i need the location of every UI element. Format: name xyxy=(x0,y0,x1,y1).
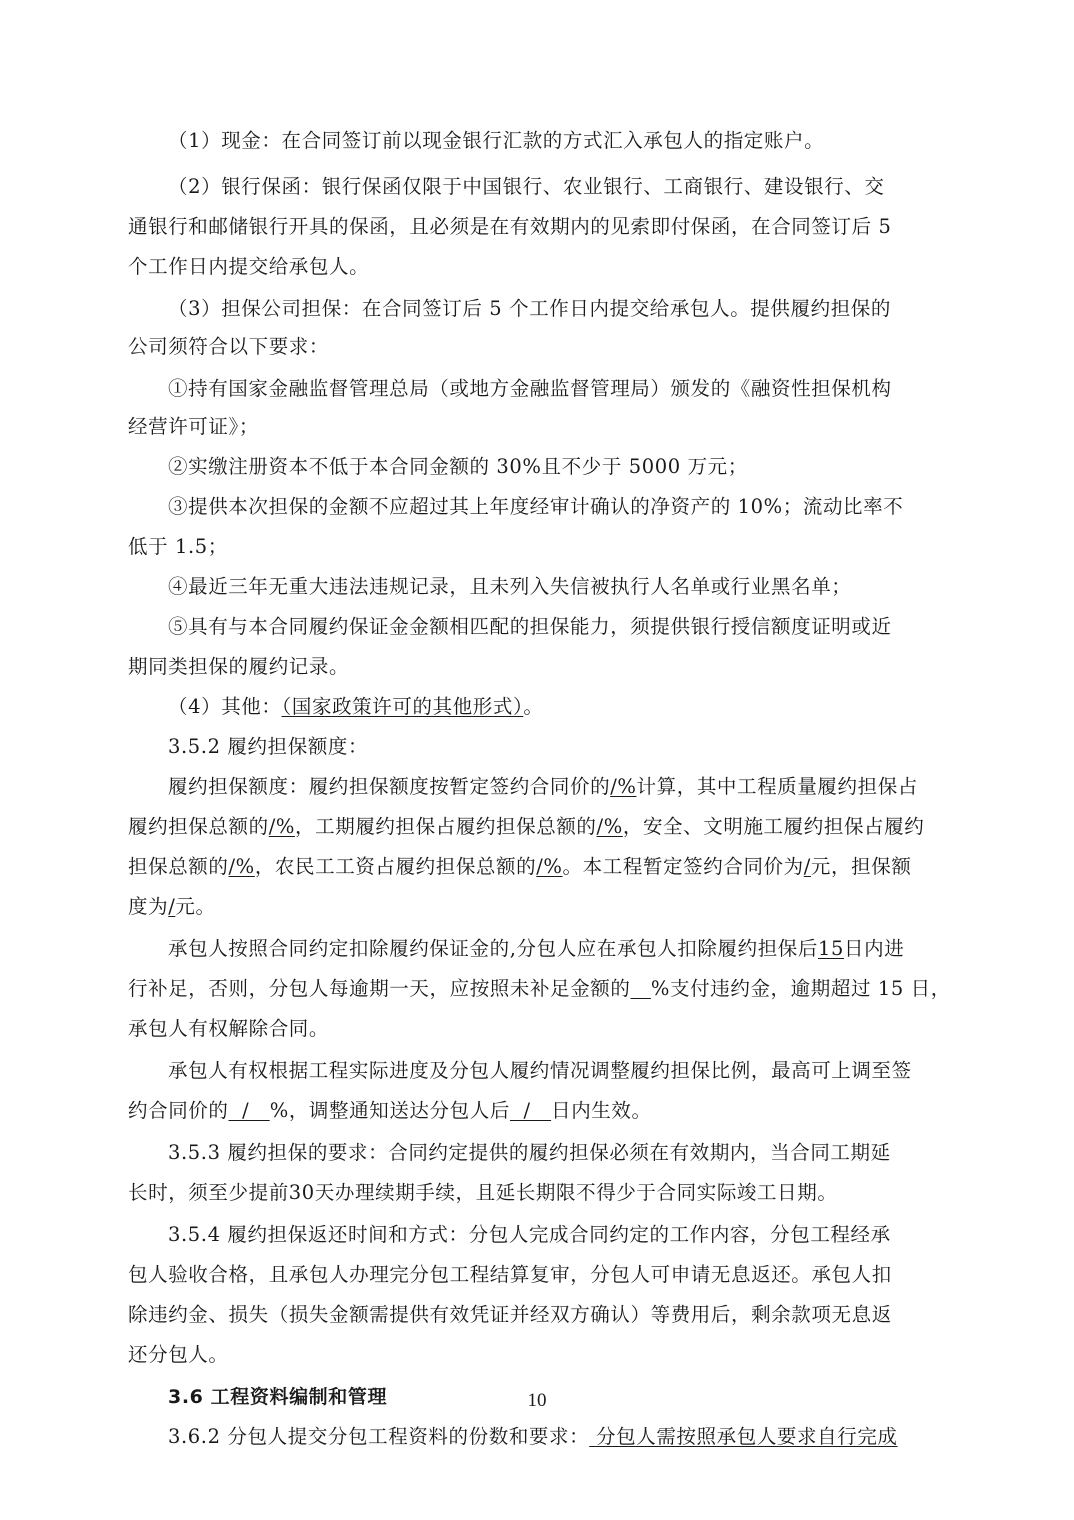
text-line: 通银行和邮储银行开具的保函，且必须是在有效期内的见索即付保函，在合同签订后 5 xyxy=(128,214,892,240)
text-segment: ，工期履约担保占履约担保总额的 xyxy=(295,815,597,838)
text-line: 履约担保总额的/%，工期履约担保占履约担保总额的/%，安全、文明施工履约担保占履… xyxy=(128,814,924,840)
text-line: 履约担保额度：履约担保额度按暂定签约合同价的/%计算，其中工程质量履约担保占 xyxy=(168,774,918,800)
text-line: ④最近三年无重大违法违规记录，且未列入失信被执行人名单或行业黑名单； xyxy=(168,574,851,600)
text-line: （3）担保公司担保：在合同签订后 5 个工作日内提交给承包人。提供履约担保的 xyxy=(168,296,891,322)
text-line: 3.5.2 履约担保额度： xyxy=(168,734,368,760)
filled-blank: （国家政策许可的其他形式） xyxy=(282,695,524,718)
text-segment: 除违约金、损失（损失金额需提供有效凭证并经双方确认）等费用后，剩余款项无息返 xyxy=(128,1303,892,1326)
text-segment: ，安全、文明施工履约担保占履约 xyxy=(623,815,925,838)
text-segment: 个工作日内提交给承包人。 xyxy=(128,255,369,278)
filled-blank: /% xyxy=(536,855,562,878)
text-segment: （1）现金：在合同签订前以现金银行汇款的方式汇入承包人的指定账户。 xyxy=(168,129,824,152)
text-segment: ②实缴注册资本不低于本合同金额的 30%且不少于 5000 万元； xyxy=(168,455,748,478)
text-line: 包人验收合格，且承包人办理完分包工程结算复审，分包人可申请无息返还。承包人扣 xyxy=(128,1262,892,1288)
text-segment: 承包人有权解除合同。 xyxy=(128,1017,329,1040)
text-segment: ④最近三年无重大违法违规记录，且未列入失信被执行人名单或行业黑名单； xyxy=(168,575,851,598)
text-segment: 3.6.2 分包人提交分包工程资料的份数和要求： xyxy=(168,1425,589,1448)
filled-blank: /% xyxy=(229,855,255,878)
text-segment: 3.5.3 履约担保的要求：合同约定提供的履约担保必须在有效期内，当合同工期延 xyxy=(168,1141,891,1164)
text-segment: 日内进 xyxy=(844,937,904,960)
text-segment: 计算，其中工程质量履约担保占 xyxy=(637,775,918,798)
text-line: 低于 1.5； xyxy=(128,534,228,560)
filled-blank: /% xyxy=(597,815,623,838)
text-segment: 。 xyxy=(523,695,543,718)
text-segment: 度为 xyxy=(128,895,168,918)
text-line: 长时，须至少提前30天办理续期手续，且延长期限不得少于合同实际竣工日期。 xyxy=(128,1180,837,1206)
text-segment: 期同类担保的履约记录。 xyxy=(128,655,349,678)
text-segment: 长时，须至少提前30天办理续期手续，且延长期限不得少于合同实际竣工日期。 xyxy=(128,1181,837,1204)
text-line: 期同类担保的履约记录。 xyxy=(128,654,349,680)
text-segment: 还分包人。 xyxy=(128,1343,229,1366)
text-segment: ，农民工工资占履约担保总额的 xyxy=(255,855,536,878)
text-line: 个工作日内提交给承包人。 xyxy=(128,254,369,280)
text-line: 承包人有权根据工程实际进度及分包人履约情况调整履约担保比例，最高可上调至签 xyxy=(168,1058,912,1084)
filled-blank: / xyxy=(804,855,811,878)
filled-blank: 分包人需按照承包人要求自行完成 xyxy=(589,1425,897,1448)
text-segment: 包人验收合格，且承包人办理完分包工程结算复审，分包人可申请无息返还。承包人扣 xyxy=(128,1263,892,1286)
text-line: 3.6.2 分包人提交分包工程资料的份数和要求： 分包人需按照承包人要求自行完成 xyxy=(168,1424,898,1450)
text-line: 承包人有权解除合同。 xyxy=(128,1016,329,1042)
text-segment: ①持有国家金融监督管理总局（或地方金融监督管理局）颁发的《融资性担保机构 xyxy=(168,377,892,400)
text-segment: 日内生效。 xyxy=(551,1099,652,1122)
text-line: ②实缴注册资本不低于本合同金额的 30%且不少于 5000 万元； xyxy=(168,454,748,480)
text-line: 行补足，否则，分包人每逾期一天，应按照未补足金额的 %支付违约金，逾期超过 15… xyxy=(128,976,951,1002)
text-segment: %，调整通知送达分包人后 xyxy=(270,1099,510,1122)
text-segment: 低于 1.5； xyxy=(128,535,228,558)
text-segment: 承包人按照合同约定扣除履约保证金的,分包人应在承包人扣除履约担保后 xyxy=(168,937,818,960)
text-line: 度为/元。 xyxy=(128,894,216,920)
text-segment: 担保总额的 xyxy=(128,855,229,878)
text-segment: 元，担保额 xyxy=(811,855,912,878)
text-segment: （4）其他： xyxy=(168,695,282,718)
filled-blank: /% xyxy=(269,815,295,838)
text-segment: ⑤具有与本合同履约保证金金额相匹配的担保能力，须提供银行授信额度证明或近 xyxy=(168,615,892,638)
text-line: 还分包人。 xyxy=(128,1342,229,1368)
text-segment: 通银行和邮储银行开具的保函，且必须是在有效期内的见索即付保函，在合同签订后 5 xyxy=(128,215,892,238)
text-line: 经营许可证》； xyxy=(128,414,259,440)
text-line: （4）其他：（国家政策许可的其他形式）。 xyxy=(168,694,543,720)
text-segment: ③提供本次担保的金额不应超过其上年度经审计确认的净资产的 10%；流动比率不 xyxy=(168,495,903,518)
text-line: ①持有国家金融监督管理总局（或地方金融监督管理局）颁发的《融资性担保机构 xyxy=(168,376,892,402)
text-segment: （3）担保公司担保：在合同签订后 5 个工作日内提交给承包人。提供履约担保的 xyxy=(168,297,891,320)
text-segment: 元。 xyxy=(175,895,215,918)
text-line: 除违约金、损失（损失金额需提供有效凭证并经双方确认）等费用后，剩余款项无息返 xyxy=(128,1302,892,1328)
page-number: 10 xyxy=(0,1390,1074,1412)
text-segment: 公司须符合以下要求： xyxy=(128,335,329,358)
text-line: （1）现金：在合同签订前以现金银行汇款的方式汇入承包人的指定账户。 xyxy=(168,128,824,154)
filled-blank: / xyxy=(229,1099,270,1122)
text-segment: 3.5.4 履约担保返还时间和方式：分包人完成合同约定的工作内容，分包工程经承 xyxy=(168,1223,891,1246)
filled-blank xyxy=(631,977,651,1000)
text-segment: 。本工程暂定签约合同价为 xyxy=(563,855,804,878)
filled-blank: 15 xyxy=(818,937,844,960)
text-line: ⑤具有与本合同履约保证金金额相匹配的担保能力，须提供银行授信额度证明或近 xyxy=(168,614,892,640)
text-segment: 履约担保总额的 xyxy=(128,815,269,838)
text-line: 3.5.3 履约担保的要求：合同约定提供的履约担保必须在有效期内，当合同工期延 xyxy=(168,1140,891,1166)
text-segment: （2）银行保函：银行保函仅限于中国银行、农业银行、工商银行、建设银行、交 xyxy=(168,175,885,198)
text-segment: %支付违约金，逾期超过 15 日， xyxy=(651,977,951,1000)
text-segment: 经营许可证》； xyxy=(128,415,259,438)
filled-blank: /% xyxy=(610,775,636,798)
text-segment: 行补足，否则，分包人每逾期一天，应按照未补足金额的 xyxy=(128,977,631,1000)
text-line: 3.5.4 履约担保返还时间和方式：分包人完成合同约定的工作内容，分包工程经承 xyxy=(168,1222,891,1248)
text-segment: 约合同价的 xyxy=(128,1099,229,1122)
text-segment: 承包人有权根据工程实际进度及分包人履约情况调整履约担保比例，最高可上调至签 xyxy=(168,1059,912,1082)
text-line: ③提供本次担保的金额不应超过其上年度经审计确认的净资产的 10%；流动比率不 xyxy=(168,494,903,520)
text-line: 公司须符合以下要求： xyxy=(128,334,329,360)
text-segment: 履约担保额度：履约担保额度按暂定签约合同价的 xyxy=(168,775,610,798)
text-line: （2）银行保函：银行保函仅限于中国银行、农业银行、工商银行、建设银行、交 xyxy=(168,174,885,200)
text-line: 担保总额的/%，农民工工资占履约担保总额的/%。本工程暂定签约合同价为/元，担保… xyxy=(128,854,911,880)
filled-blank: / xyxy=(510,1099,551,1122)
text-line: 承包人按照合同约定扣除履约保证金的,分包人应在承包人扣除履约担保后15日内进 xyxy=(168,936,904,962)
text-line: 约合同价的 / %，调整通知送达分包人后 / 日内生效。 xyxy=(128,1098,652,1124)
text-segment: 3.5.2 履约担保额度： xyxy=(168,735,368,758)
